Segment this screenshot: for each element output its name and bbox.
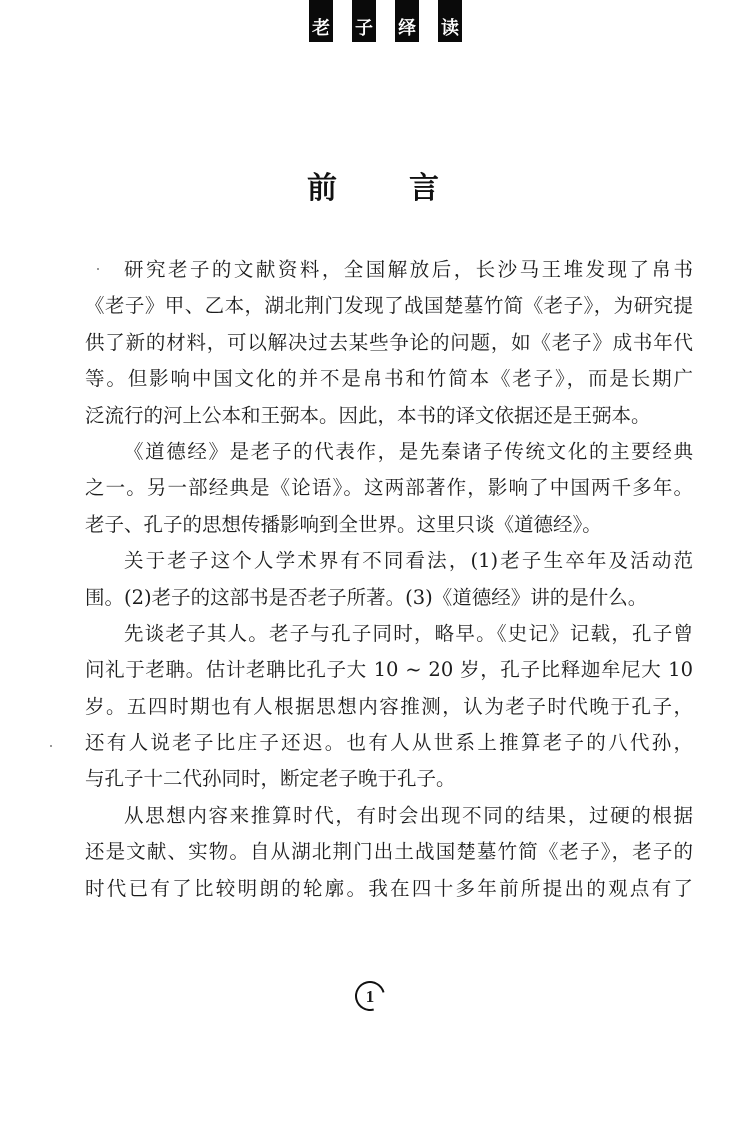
text-line: 泛流行的河上公本和王弼本。因此，本书的译文依据还是王弼本。 [85,398,693,434]
title-char: 言 [409,171,439,206]
running-header-char: 绎 [395,0,419,42]
text-line: 老子、孔子的思想传播影响到全世界。这里只谈《道德经》。 [85,507,693,543]
text-line: 与孔子十二代孙同时，断定老子晚于孔子。 [85,761,693,797]
text-line: 问礼于老聃。估计老聃比孔子大 10 ~ 20 岁，孔子比释迦牟尼大 10 [85,652,693,688]
text-line: 时代已有了比较明朗的轮廓。我在四十多年前所提出的观点有了 [85,871,693,907]
paragraph: 《道德经》是老子的代表作，是先秦诸子传统文化的主要经典 之一。另一部经典是《论语… [85,434,693,543]
title-char: 前 [307,171,337,206]
paragraph: 从思想内容来推算时代，有时会出现不同的结果，过硬的根据 还是文献、实物。自从湖北… [85,798,693,907]
text-line: 从思想内容来推算时代，有时会出现不同的结果，过硬的根据 [85,798,693,834]
page-title: 前言 [0,163,746,207]
text-line: 《道德经》是老子的代表作，是先秦诸子传统文化的主要经典 [85,434,693,470]
text-line: 先谈老子其人。老子与孔子同时，略早。《史记》记载，孔子曾 [85,616,693,652]
text-line: 还是文献、实物。自从湖北荆门出土战国楚墓竹简《老子》，老子的 [85,834,693,870]
running-header: 老 子 绎 读 [309,0,462,42]
page-number-text: 1 [366,988,375,1005]
running-header-char: 读 [438,0,462,42]
text-line: 《老子》甲、乙本，湖北荆门发现了战国楚墓竹简《老子》，为研究提 [85,288,693,324]
page-number: 1 [350,976,391,1017]
paragraph: 研究老子的文献资料，全国解放后，长沙马王堆发现了帛书 《老子》甲、乙本，湖北荆门… [85,252,693,434]
scan-speck [97,268,99,270]
paragraph: 先谈老子其人。老子与孔子同时，略早。《史记》记载，孔子曾 问礼于老聃。估计老聃比… [85,616,693,798]
text-line: 之一。另一部经典是《论语》。这两部著作，影响了中国两千多年。 [85,470,693,506]
paragraph: 关于老子这个人学术界有不同看法，(1)老子生卒年及活动范 围。(2)老子的这部书… [85,543,693,616]
text-line: 研究老子的文献资料，全国解放后，长沙马王堆发现了帛书 [85,252,693,288]
running-header-char: 老 [309,0,333,42]
text-line: 岁。五四时期也有人根据思想内容推测，认为老子时代晚于孔子， [85,689,693,725]
text-line: 供了新的材料，可以解决过去某些争论的问题，如《老子》成书年代 [85,325,693,361]
text-line: 等。但影响中国文化的并不是帛书和竹简本《老子》，而是长期广 [85,361,693,397]
scan-speck [50,745,52,747]
text-line: 关于老子这个人学术界有不同看法，(1)老子生卒年及活动范 [85,543,693,579]
running-header-char: 子 [352,0,376,42]
text-line: 围。(2)老子的这部书是否老子所著。(3)《道德经》讲的是什么。 [85,580,693,616]
body-text: 研究老子的文献资料，全国解放后，长沙马王堆发现了帛书 《老子》甲、乙本，湖北荆门… [85,252,693,907]
text-line: 还有人说老子比庄子还迟。也有人从世系上推算老子的八代孙， [85,725,693,761]
